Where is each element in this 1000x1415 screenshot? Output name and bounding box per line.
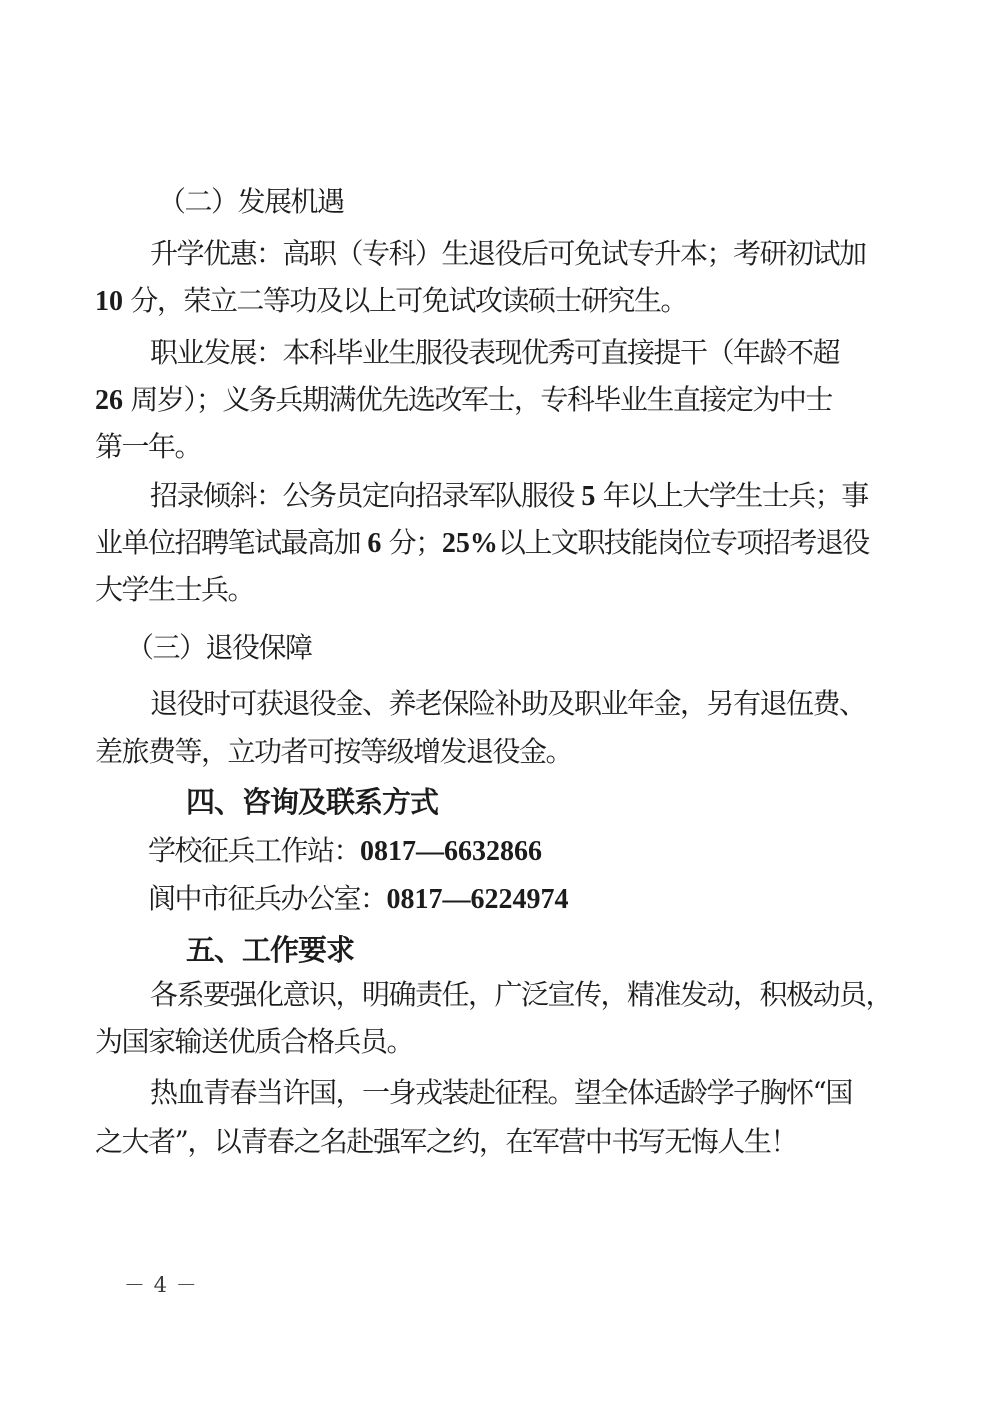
heading-work-requirements: 五、工作要求	[186, 935, 354, 967]
para-requirements-line2: 为国家输送优质合格兵员。	[95, 1027, 413, 1058]
subheading-retirement-security: （三）退役保障	[126, 633, 312, 664]
contact-station-line: 学校征兵工作站：0817—6632866	[148, 836, 542, 868]
subheading-development-opportunities: （二）发展机遇	[158, 187, 344, 218]
page-number: － 4 －	[124, 1274, 198, 1297]
exam-bonus-number: 6	[367, 528, 381, 559]
para-recruitment-tilt-line1-text-b: 年以上大学生士兵；事	[595, 479, 867, 512]
para-recruitment-tilt-line1-text-a: 招录倾斜：公务员定向招录军队服役	[150, 479, 581, 512]
para-career-development-line2: 26 周岁）；义务兵期满优先选改军士，专科毕业生直接定为中士	[95, 385, 832, 417]
para-retirement-line1: 退役时可获退役金、养老保险补助及职业年金，另有退伍费、	[150, 689, 866, 720]
para-education-benefit-line1: 升学优惠：高职（专科）生退役后可免试专升本；考研初试加	[150, 239, 866, 270]
office-label: 阆中市征兵办公室：	[148, 882, 387, 915]
bonus-points-number: 10	[95, 286, 123, 317]
para-education-benefit-line2-text: 分，荣立二等功及以上可免试攻读硕士研究生。	[123, 284, 687, 317]
para-retirement-line2: 差旅费等，立功者可按等级增发退役金。	[95, 737, 572, 768]
para-closing-line2: 之大者”，以青春之名赴强军之约，在军营中书写无悔人生！	[95, 1127, 797, 1158]
service-years-number: 5	[581, 481, 595, 512]
station-phone-number: 0817—6632866	[360, 836, 542, 867]
quota-percentage: 25%	[442, 528, 498, 559]
para-recruitment-tilt-line2-text-b: 分；	[381, 526, 441, 559]
para-recruitment-tilt-line2-text-a: 业单位招聘笔试最高加	[95, 526, 367, 559]
para-closing-line1: 热血青春当许国，一身戎装赴征程。望全体适龄学子胸怀“国	[150, 1078, 852, 1109]
para-education-benefit-line2: 10 分，荣立二等功及以上可免试攻读硕士研究生。	[95, 286, 687, 318]
para-recruitment-tilt-line2: 业单位招聘笔试最高加 6 分；25%以上文职技能岗位专项招考退役	[95, 528, 869, 560]
age-limit-number: 26	[95, 385, 123, 416]
heading-contact-info: 四、咨询及联系方式	[186, 787, 438, 819]
para-recruitment-tilt-line2-text-c: 以上文职技能岗位专项招考退役	[498, 526, 869, 559]
contact-office-line: 阆中市征兵办公室：0817—6224974	[148, 884, 569, 916]
para-career-development-line1: 职业发展：本科毕业生服役表现优秀可直接提干（年龄不超	[150, 338, 839, 369]
para-recruitment-tilt-line1: 招录倾斜：公务员定向招录军队服役 5 年以上大学生士兵；事	[150, 481, 868, 513]
station-label: 学校征兵工作站：	[148, 834, 360, 867]
para-requirements-line1: 各系要强化意识，明确责任，广泛宣传，精准发动，积极动员，	[150, 980, 892, 1011]
office-phone-number: 0817—6224974	[387, 884, 569, 915]
document-page: （二）发展机遇 升学优惠：高职（专科）生退役后可免试专升本；考研初试加 10 分…	[0, 0, 1000, 1415]
para-career-development-line3: 第一年。	[95, 432, 201, 463]
para-career-development-line2-text: 周岁）；义务兵期满优先选改军士，专科毕业生直接定为中士	[123, 383, 832, 416]
para-recruitment-tilt-line3: 大学生士兵。	[95, 575, 254, 606]
